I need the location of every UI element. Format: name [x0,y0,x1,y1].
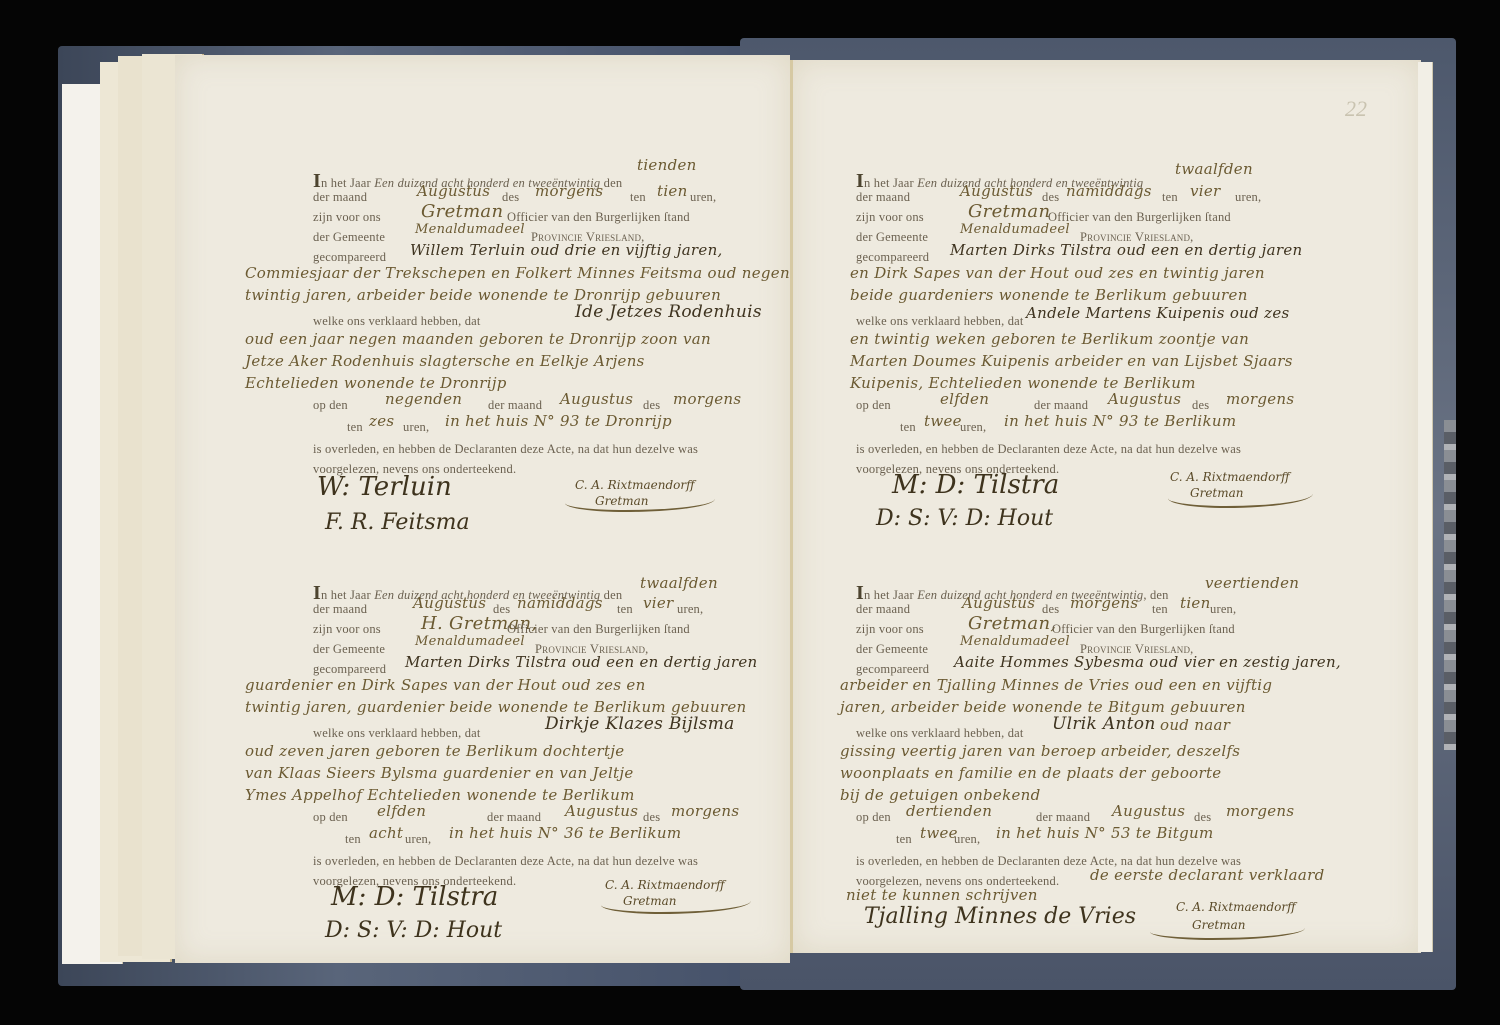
death-hour: acht [369,824,403,842]
act-hour: vier [643,594,674,612]
act-declarants: Aaite Hommes Sybesma oud vier en zestig … [954,653,1341,671]
drop-cap: I [313,582,321,604]
signature: M: D: Tilstra [331,882,498,912]
act-month: Augustus [960,182,1033,200]
act-officer: Gretman, [968,613,1056,634]
signature: M: D: Tilstra [892,470,1059,500]
drop-cap: I [856,582,864,604]
death-place: in het huis N° 93 te Dronrijp [445,412,672,430]
death-place: in het huis N° 36 te Berlikum [449,824,681,842]
death-day: dertienden [906,802,992,820]
death-hour: twee [920,824,958,842]
act-declarants: Marten Dirks Tilstra oud een en dertig j… [405,653,757,671]
signature: W: Terluin [317,472,452,502]
act-daypart: morgens [535,182,603,200]
death-month: Augustus [560,390,633,408]
act-officer: Gretman [968,201,1050,222]
signature: F. R. Feitsma [325,510,470,535]
act-declarants: Marten Dirks Tilstra oud een en dertig j… [950,241,1302,259]
death-day: elfden [940,390,989,408]
act-deceased: Ide Jetzes Rodenhuis [575,302,762,322]
act-municipality: Menaldumadeel [960,634,1070,649]
act-municipality: Menaldumadeel [415,634,525,649]
death-month: Augustus [1108,390,1181,408]
official-signature: C. A. Rixtmaendorff [1176,900,1296,914]
act-deceased: Dirkje Klazes Bijlsma [545,714,735,734]
act-day: twaalfden [640,574,718,592]
marbled-edge [1444,420,1456,750]
act-officer: Gretman [421,201,503,222]
death-day: negenden [385,390,462,408]
note: de eerste declarant verklaard [1090,866,1325,884]
act-day: tienden [637,156,697,174]
act-daypart: namiddags [1066,182,1152,200]
act-day: twaalfden [1175,160,1253,178]
drop-cap: I [313,170,321,192]
act-month: Augustus [962,594,1035,612]
death-place: in het huis N° 53 te Bitgum [996,824,1214,842]
death-hour: twee [924,412,962,430]
act-daypart: morgens [1070,594,1138,612]
signature: D: S: V: D: Hout [325,918,502,943]
act-declarants: Willem Terluin oud drie en vijftig jaren… [410,241,723,259]
act-hour: vier [1190,182,1221,200]
signature: D: S: V: D: Hout [876,506,1053,531]
official-signature: C. A. Rixtmaendorff [1170,470,1290,484]
act-month: Augustus [413,594,486,612]
note: niet te kunnen schrijven [846,886,1038,904]
page-edge [1418,62,1433,952]
drop-cap: I [856,170,864,192]
death-month: Augustus [565,802,638,820]
act-day: veertienden [1205,574,1299,592]
death-hour: zes [369,412,394,430]
official-signature: C. A. Rixtmaendorff [605,878,725,892]
act-hour: tien [1180,594,1211,612]
death-month: Augustus [1112,802,1185,820]
act-deceased: Andele Martens Kuipenis oud zes [1026,304,1290,322]
death-day: elfden [377,802,426,820]
page-number: 22 [1345,96,1367,122]
death-place: in het huis N° 93 te Berlikum [1004,412,1236,430]
act-municipality: Menaldumadeel [960,222,1070,237]
act-hour: tien [657,182,688,200]
act-deceased: Ulrik Anton [1052,714,1156,734]
signature: Tjalling Minnes de Vries [864,904,1136,929]
act-daypart: namiddags [517,594,603,612]
act-month: Augustus [417,182,490,200]
act-municipality: Menaldumadeel [415,222,525,237]
